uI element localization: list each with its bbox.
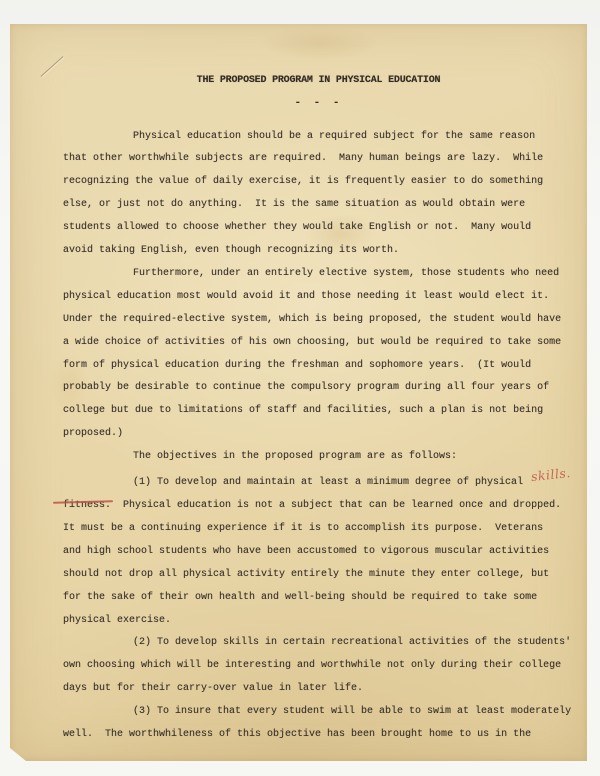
typewritten-text: Physical education should be a required … (63, 126, 578, 747)
text-line: a wide choice of activities of his own c… (63, 332, 578, 355)
text-line: should not drop all physical activity en… (63, 564, 578, 587)
scan-background: THE PROPOSED PROGRAM IN PHYSICAL EDUCATI… (0, 0, 600, 776)
paper-stain (260, 26, 380, 60)
handwritten-annotation: skills. (530, 462, 572, 489)
text-line: (1) To develop and maintain at least a m… (63, 469, 578, 495)
document-title: THE PROPOSED PROGRAM IN PHYSICAL EDUCATI… (30, 75, 600, 86)
text-line: Physical education should be a required … (63, 126, 578, 149)
text-line: else, or just not do anything. It is the… (63, 194, 578, 217)
text-line: physical education most would avoid it a… (63, 286, 578, 309)
text-line: probably be desirable to continue the co… (63, 377, 578, 400)
text-line: own choosing which will be interesting a… (63, 655, 578, 678)
text-line: well. The worthwhileness of this objecti… (63, 724, 578, 747)
text-line: Under the required-elective system, whic… (63, 309, 578, 332)
text-line: The objectives in the proposed program a… (63, 446, 578, 469)
paper-crease (41, 56, 64, 77)
text-line: and high school students who have been a… (63, 541, 578, 564)
text-line: (2) To develop skills in certain recreat… (63, 632, 578, 655)
text-line: form of physical education during the fr… (63, 355, 578, 378)
text-line: (3) To insure that every student will be… (63, 701, 578, 724)
text-line: that other worthwhile subjects are requi… (63, 148, 578, 171)
text-line: Furthermore, under an entirely elective … (63, 263, 578, 286)
document-page: THE PROPOSED PROGRAM IN PHYSICAL EDUCATI… (10, 24, 587, 761)
struck-text: fitness. (63, 495, 111, 518)
text-line: fitness. Physical education is not a sub… (63, 495, 578, 518)
text-line: for the sake of their own health and wel… (63, 587, 578, 610)
text-line: recognizing the value of daily exercise,… (63, 171, 578, 194)
text-line: It must be a continuing experience if it… (63, 518, 578, 541)
text-line: college but due to limitations of staff … (63, 400, 578, 423)
text-line: students allowed to choose whether they … (63, 217, 578, 240)
title-rule: - - - (30, 97, 600, 109)
text-line: proposed.) (63, 423, 578, 446)
text-line: days but for their carry-over value in l… (63, 678, 578, 701)
text-line: avoid taking English, even though recogn… (63, 240, 578, 263)
text-line: physical exercise. (63, 610, 578, 633)
